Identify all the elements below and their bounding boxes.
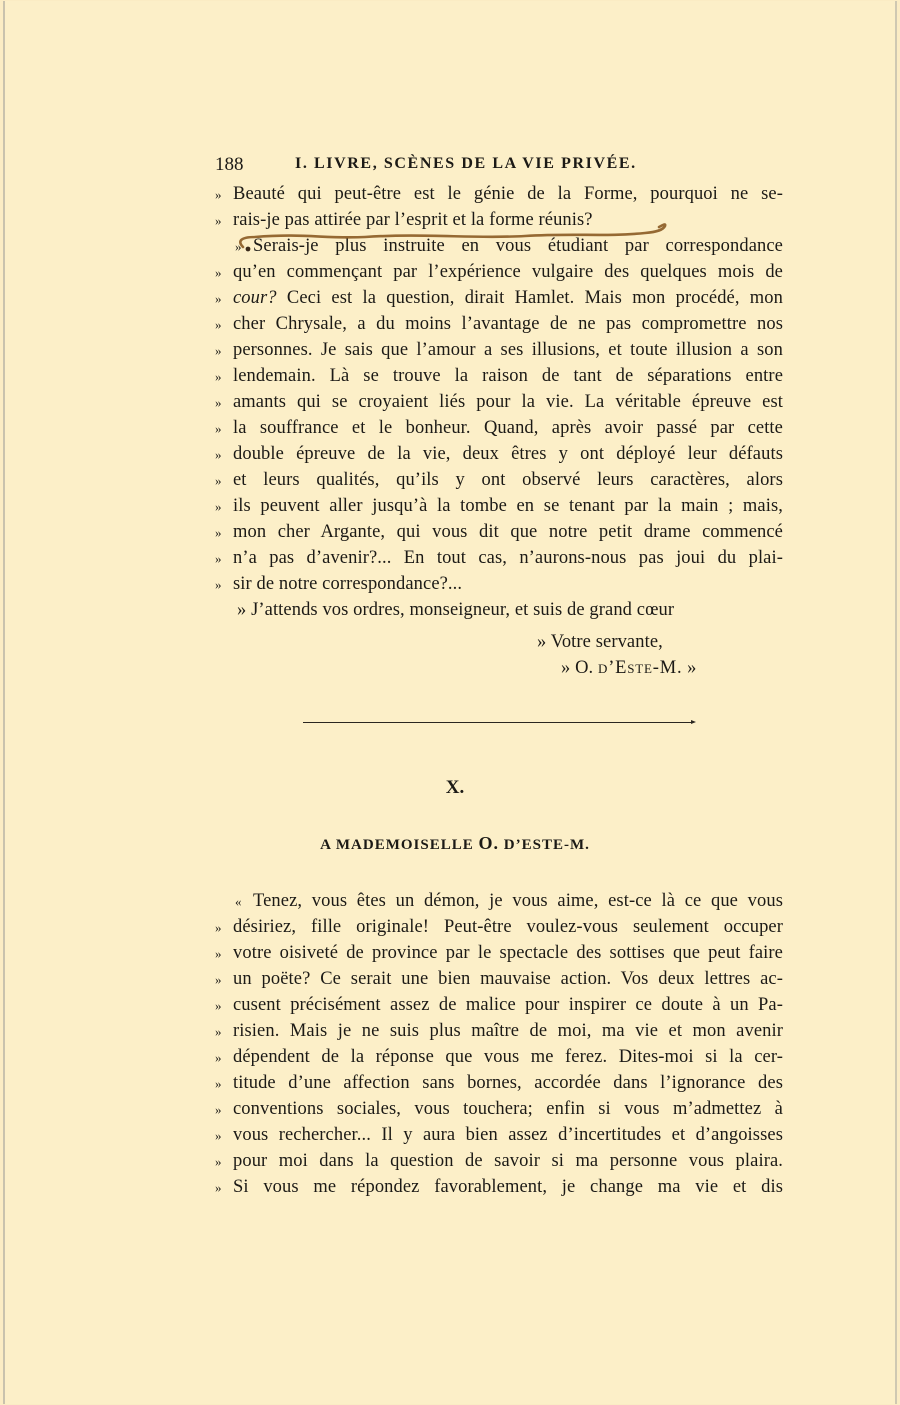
text-line: »la souffrance et le bonheur. Quand, apr… [215, 415, 783, 441]
text-line: »cusent précisément assez de malice pour… [215, 992, 783, 1018]
text-line: »double épreuve de la vie, deux êtres y … [215, 441, 783, 467]
text-line: »Beauté qui peut-être est le génie de la… [215, 181, 783, 207]
text-line: »et leurs qualités, qu’ils y ont observé… [215, 467, 783, 493]
text-line-underlined: »rais-je pas attirée par l’esprit et la … [215, 207, 783, 233]
text-line: »pour moi dans la question de savoir si … [215, 1148, 783, 1174]
text-line: »titude d’une affection sans bornes, acc… [215, 1070, 783, 1096]
text-line: »cher Chrysale, a du moins l’avantage de… [215, 311, 783, 337]
chapter-number: X. [5, 777, 900, 799]
signature-name: » O. d’Este-M. » [215, 655, 783, 681]
text-line: »un poëte? Ce serait une bien mauvaise a… [215, 966, 783, 992]
letter-new: «Tenez, vous êtes un démon, je vous aime… [215, 888, 783, 1200]
text-line: »désiriez, fille originale! Peut-être vo… [215, 914, 783, 940]
italic-word: cour? [233, 288, 277, 308]
book-page: 188 I. LIVRE, SCÈNES DE LA VIE PRIVÉE. »… [3, 1, 897, 1404]
signature-line: » Votre servante, [215, 629, 783, 655]
text-line: »lendemain. Là se trouve la raison de ta… [215, 363, 783, 389]
chapter-title: A MADEMOISELLE O. D’ESTE-M. [5, 833, 900, 854]
text-line: »risien. Mais je ne suis plus maître de … [215, 1018, 783, 1044]
text-line: »conventions sociales, vous touchera; en… [215, 1096, 783, 1122]
text-line: »personnes. Je sais que l’amour a ses il… [215, 337, 783, 363]
text-line: »qu’en commençant par l’expérience vulga… [215, 259, 783, 285]
text-line: »dépendent de la réponse que vous me fer… [215, 1044, 783, 1070]
text-line: »Serais-je plus instruite en vous étudia… [215, 233, 783, 259]
page-header: 188 I. LIVRE, SCÈNES DE LA VIE PRIVÉE. [215, 154, 785, 180]
text-line: »votre oisiveté de province par le spect… [215, 940, 783, 966]
text-line: »sir de notre correspondance?... [215, 571, 783, 597]
text-line: «Tenez, vous êtes un démon, je vous aime… [215, 888, 783, 914]
text-line: »amants qui se croyaient liés pour la vi… [215, 389, 783, 415]
letter-continued: »Beauté qui peut-être est le génie de la… [215, 181, 783, 681]
text-line: »vous rechercher... Il y aura bien assez… [215, 1122, 783, 1148]
letter-closing: » J’attends vos ordres, monseigneur, et … [215, 597, 783, 623]
page-number: 188 [215, 154, 244, 176]
text-line: »mon cher Argante, qui vous dit que notr… [215, 519, 783, 545]
text-line: »n’a pas d’avenir?... En tout cas, n’aur… [215, 545, 783, 571]
text-line: »Si vous me répondez favorablement, je c… [215, 1174, 783, 1200]
running-title: I. LIVRE, SCÈNES DE LA VIE PRIVÉE. [295, 155, 637, 173]
text-line: »cour? Ceci est la question, dirait Haml… [215, 285, 783, 311]
section-divider [303, 722, 693, 723]
text-line: »ils peuvent aller jusqu’à la tombe en s… [215, 493, 783, 519]
